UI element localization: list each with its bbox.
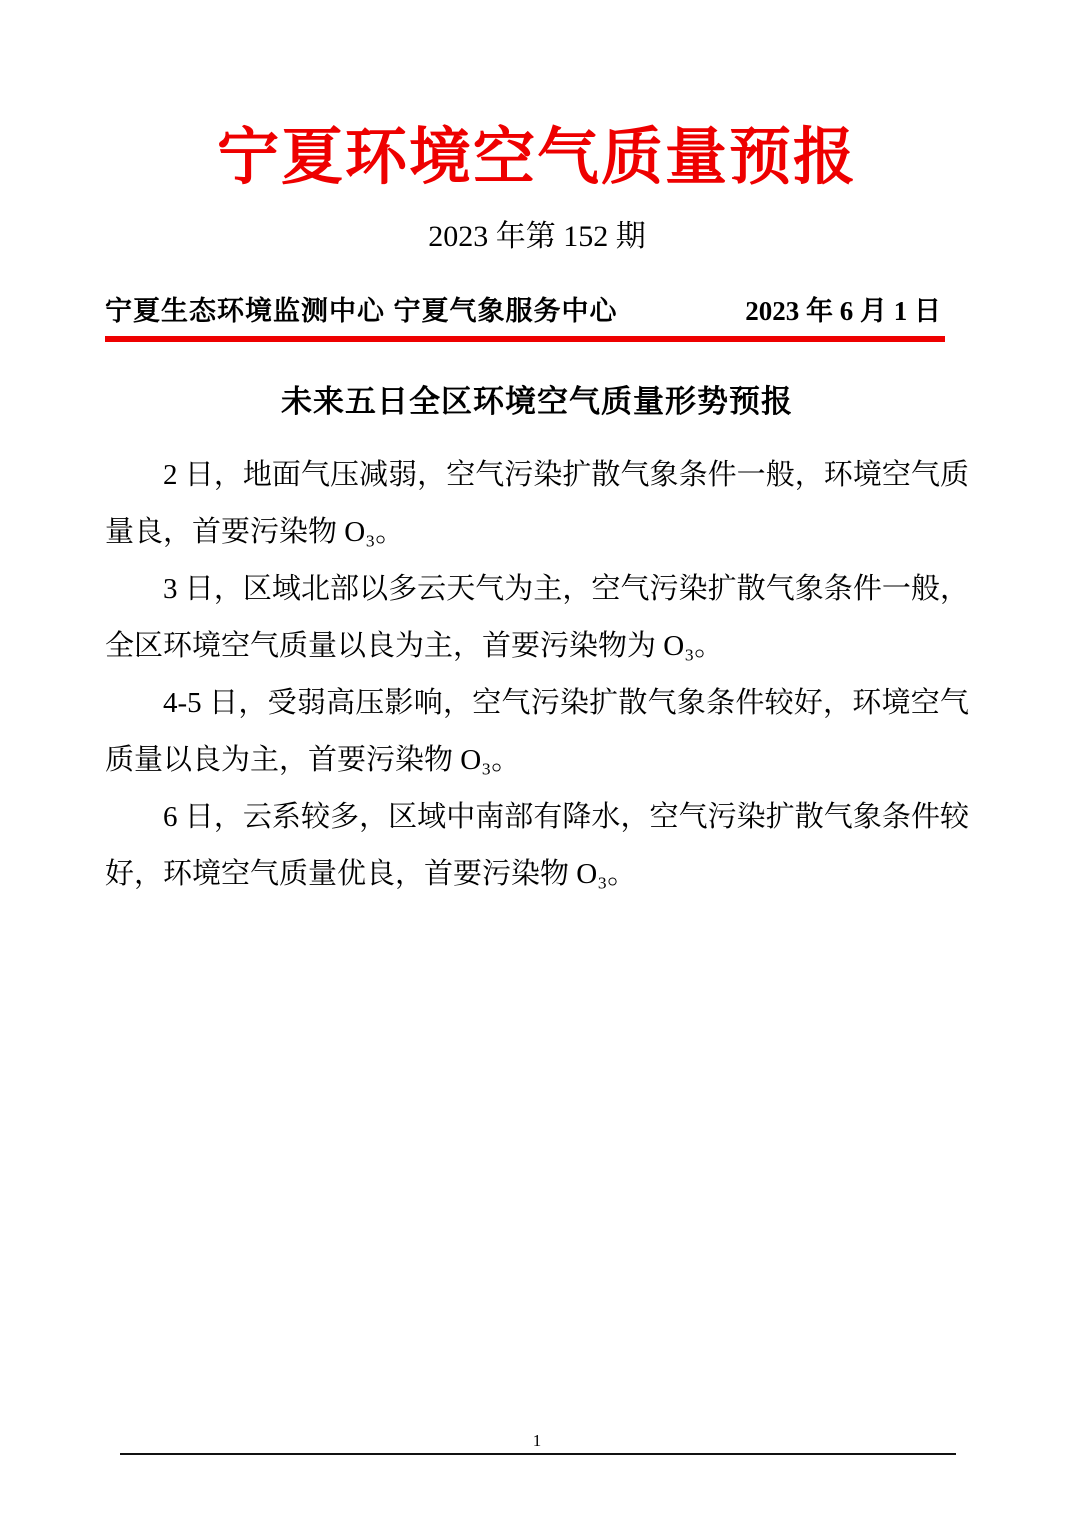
page-number: 1 xyxy=(0,1431,1074,1451)
document-content: 宁夏环境空气质量预报 2023 年第 152 期 宁夏生态环境监测中心 宁夏气象… xyxy=(0,0,1074,903)
forecast-paragraph-day3: 3 日，区域北部以多云天气为主，空气污染扩散气象条件一般，全区环境空气质量以良为… xyxy=(105,561,969,675)
document-page: 宁夏环境空气质量预报 2023 年第 152 期 宁夏生态环境监测中心 宁夏气象… xyxy=(0,0,1074,1520)
issue-number-line: 2023 年第 152 期 xyxy=(105,211,969,255)
document-title: 宁夏环境空气质量预报 xyxy=(105,0,969,199)
issuing-agencies: 宁夏生态环境监测中心 宁夏气象服务中心 xyxy=(105,289,618,328)
section-heading: 未来五日全区环境空气质量形势预报 xyxy=(105,376,969,421)
forecast-paragraph-day6: 6 日，云系较多，区域中南部有降水，空气污染扩散气象条件较好，环境空气质量优良，… xyxy=(105,789,969,903)
masthead: 宁夏生态环境监测中心 宁夏气象服务中心 2023 年 6 月 1 日 xyxy=(105,289,969,328)
forecast-paragraph-day2: 2 日，地面气压减弱，空气污染扩散气象条件一般，环境空气质量良，首要污染物 O₃… xyxy=(105,447,969,561)
red-divider-rule xyxy=(105,336,945,342)
footer-divider-rule xyxy=(120,1453,956,1455)
forecast-body: 2 日，地面气压减弱，空气污染扩散气象条件一般，环境空气质量良，首要污染物 O₃… xyxy=(105,447,969,903)
issue-date: 2023 年 6 月 1 日 xyxy=(745,289,941,328)
forecast-paragraph-day4-5: 4-5 日，受弱高压影响，空气污染扩散气象条件较好，环境空气质量以良为主，首要污… xyxy=(105,675,969,789)
